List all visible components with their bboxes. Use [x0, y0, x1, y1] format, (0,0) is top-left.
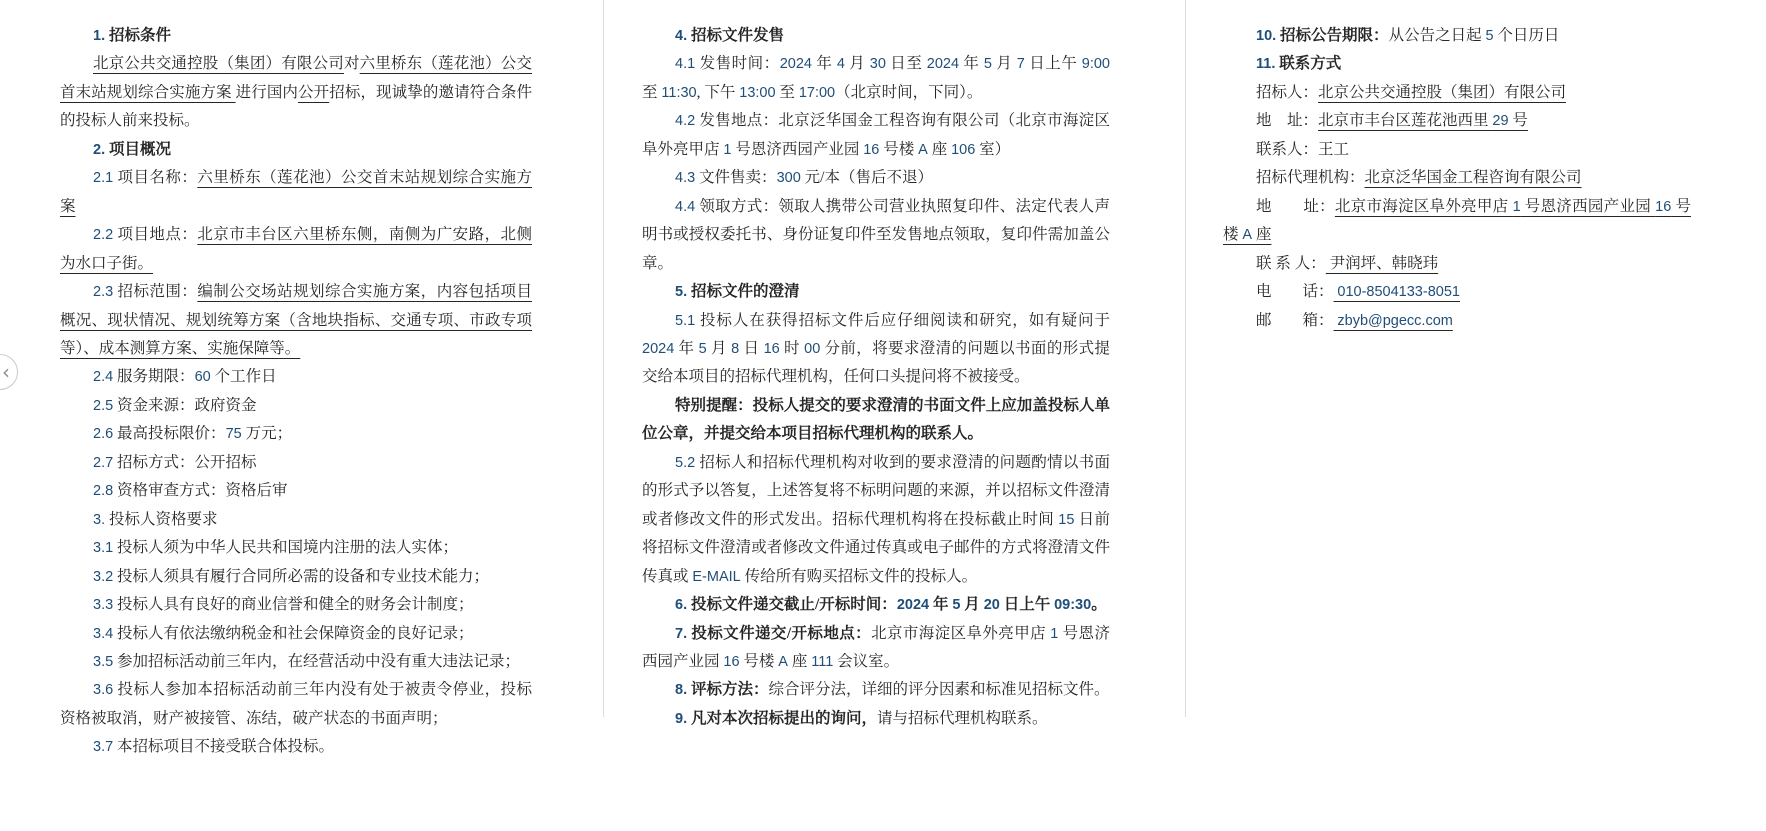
contact-tenderer: 招标人：北京公共交通控股（集团）有限公司 [1223, 79, 1691, 107]
column-left: 1. 招标条件北京公共交通控股（集团）有限公司对六里桥东（莲花池）公交首末站规划… [60, 22, 532, 762]
clause-3-3: 3.3 投标人具有良好的商业信誉和健全的财务会计制度； [60, 591, 532, 619]
clause-4-3: 4.3 文件售卖：300 元/本（售后不退） [642, 164, 1110, 192]
section-2-heading: 2. 项目概况 [60, 136, 532, 164]
clause-3-6: 3.6 投标人参加本招标活动前三年内没有处于被责令停业，投标资格被取消，财产被接… [60, 676, 532, 733]
clause-4-4: 4.4 领取方式：领取人携带公司营业执照复印件、法定代表人声明书或授权委托书、身… [642, 193, 1110, 278]
clause-4-2: 4.2 发售地点：北京泛华国金工程咨询有限公司（北京市海淀区阜外亮甲店 1 号恩… [642, 107, 1110, 164]
previous-page-button[interactable]: ‹ [0, 354, 18, 390]
clause-2-1: 2.1 项目名称：六里桥东（莲花池）公交首末站规划综合实施方案 [60, 164, 532, 221]
section-10-notice-period: 10. 招标公告期限：从公告之日起 5 个日历日 [1223, 22, 1691, 50]
clause-2-8: 2.8 资格审查方式：资格后审 [60, 477, 532, 505]
section-5-heading: 5. 招标文件的澄清 [642, 278, 1110, 306]
clause-3-5: 3.5 参加招标活动前三年内，在经营活动中没有重大违法记录； [60, 648, 532, 676]
section-1-heading: 1. 招标条件 [60, 22, 532, 50]
section-4-heading: 4. 招标文件发售 [642, 22, 1110, 50]
clause-2-2: 2.2 项目地点：北京市丰台区六里桥东侧，南侧为广安路，北侧为水口子街。 [60, 221, 532, 278]
clause-3-1: 3.1 投标人须为中华人民共和国境内注册的法人实体； [60, 534, 532, 562]
clause-2-4: 2.4 服务期限：60 个工作日 [60, 363, 532, 391]
section-6-deadline: 6. 投标文件递交截止/开标时间：2024 年 5 月 20 日上午 09:30… [642, 591, 1110, 619]
column-divider-2 [1185, 0, 1186, 717]
column-middle: 4. 招标文件发售4.1 发售时间：2024 年 4 月 30 日至 2024 … [642, 22, 1110, 733]
clause-2-6: 2.6 最高投标限价：75 万元； [60, 420, 532, 448]
clause-1-body: 北京公共交通控股（集团）有限公司对六里桥东（莲花池）公交首末站规划综合实施方案 … [60, 50, 532, 135]
clause-5-2: 5.2 招标人和招标代理机构对收到的要求澄清的问题酌情以书面的形式予以答复，上述… [642, 449, 1110, 591]
document-page: ‹ 1. 招标条件北京公共交通控股（集团）有限公司对六里桥东（莲花池）公交首末站… [0, 0, 1766, 831]
section-3-heading: 3. 投标人资格要求 [60, 506, 532, 534]
column-right: 10. 招标公告期限：从公告之日起 5 个日历日11. 联系方式招标人：北京公共… [1223, 22, 1691, 335]
clause-3-7: 3.7 本招标项目不接受联合体投标。 [60, 733, 532, 761]
clause-5-1: 5.1 投标人在获得招标文件后应仔细阅读和研究，如有疑问于 2024 年 5 月… [642, 307, 1110, 392]
section-7-location: 7. 投标文件递交/开标地点：北京市海淀区阜外亮甲店 1 号恩济西园产业园 16… [642, 620, 1110, 677]
special-reminder: 特别提醒：投标人提交的要求澄清的书面文件上应加盖投标人单位公章，并提交给本项目招… [642, 392, 1110, 449]
contact-phone: 电 话： 010-8504133-8051 [1223, 278, 1691, 306]
contact-agency-person: 联 系 人： 尹润坪、韩晓玮 [1223, 250, 1691, 278]
clause-2-3: 2.3 招标范围：编制公交场站规划综合实施方案，内容包括项目概况、现状情况、规划… [60, 278, 532, 363]
contact-tenderer-address: 地 址：北京市丰台区莲花池西里 29 号 [1223, 107, 1691, 135]
column-divider-1 [603, 0, 604, 717]
contact-agency: 招标代理机构：北京泛华国金工程咨询有限公司 [1223, 164, 1691, 192]
clause-3-2: 3.2 投标人须具有履行合同所必需的设备和专业技术能力； [60, 563, 532, 591]
chevron-left-icon: ‹ [0, 362, 10, 382]
clause-3-4: 3.4 投标人有依法缴纳税金和社会保障资金的良好记录； [60, 620, 532, 648]
clause-2-5: 2.5 资金来源：政府资金 [60, 392, 532, 420]
section-9-inquiry: 9. 凡对本次招标提出的询问，请与招标代理机构联系。 [642, 705, 1110, 733]
contact-agency-address: 地 址：北京市海淀区阜外亮甲店 1 号恩济西园产业园 16 号楼 A 座 [1223, 193, 1691, 250]
contact-tenderer-person: 联系人：王工 [1223, 136, 1691, 164]
clause-4-1: 4.1 发售时间：2024 年 4 月 30 日至 2024 年 5 月 7 日… [642, 50, 1110, 107]
section-11-heading: 11. 联系方式 [1223, 50, 1691, 78]
clause-2-7: 2.7 招标方式：公开招标 [60, 449, 532, 477]
contact-email: 邮 箱： zbyb@pgecc.com [1223, 307, 1691, 335]
section-8-evaluation: 8. 评标方法：综合评分法，详细的评分因素和标准见招标文件。 [642, 676, 1110, 704]
